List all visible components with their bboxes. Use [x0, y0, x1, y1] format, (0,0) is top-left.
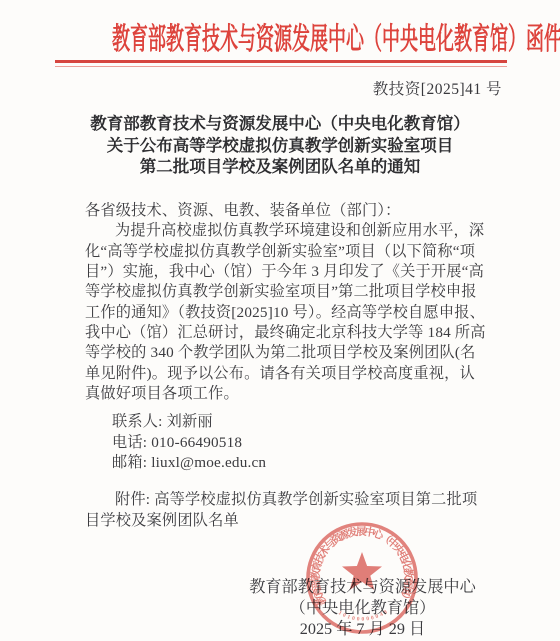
notice-title-line-2: 关于公布高等学校虚拟仿真教学创新实验室项目 [0, 135, 560, 157]
contact-block: 联系人: 刘新丽 电话: 010-66490518 邮箱: liuxl@moe.… [85, 412, 513, 473]
paragraph-line: 化“高等学校虚拟仿真教学创新实验室”项目（以下简称“项 [85, 242, 513, 262]
document-number: 教技资[2025]41 号 [373, 77, 502, 99]
attachment-line-1: 附件: 高等学校虚拟仿真教学创新实验室项目第二批项 [85, 490, 513, 510]
attachment-note: 附件: 高等学校虚拟仿真教学创新实验室项目第二批项 目学校及案例团队名单 [85, 490, 513, 531]
paragraph-line: 单见附件)。现予以公布。请各有关项目学校高度重视，认 [85, 364, 513, 384]
salutation: 各省级技术、资源、电教、装备单位（部门）： [85, 201, 513, 221]
notice-title: 教育部教育技术与资源发展中心（中央电化教育馆） 关于公布高等学校虚拟仿真教学创新… [0, 113, 560, 178]
notice-title-line-1: 教育部教育技术与资源发展中心（中央电化教育馆） [0, 113, 560, 135]
contact-email: 邮箱: liuxl@moe.edu.cn [112, 453, 513, 473]
letterhead-title: 教育部教育技术与资源发展中心（中央电化教育馆）函件 [112, 14, 448, 58]
divider-line-bottom [55, 66, 507, 68]
signature-org-line-1: 教育部教育技术与资源发展中心 [235, 577, 490, 598]
paragraph-line: 真做好项目各项工作。 [85, 384, 513, 404]
document-page: 教育部教育技术与资源发展中心（中央电化教育馆）函件 教技资[2025]41 号 … [0, 0, 560, 641]
contact-person: 联系人: 刘新丽 [112, 412, 513, 432]
paragraph-line: 等学校虚拟仿真教学创新实验室项目”第二批项目学校申报 [85, 282, 513, 302]
signature-block: 教育部教育技术与资源发展中心 （中央电化教育馆） 2025 年 7 月 29 日 [235, 577, 490, 639]
attachment-line-2: 目学校及案例团队名单 [85, 511, 513, 531]
contact-phone: 电话: 010-66490518 [112, 433, 513, 453]
paragraph-line: 我中心（馆）汇总研讨，最终确定北京科技大学等 184 所高 [85, 323, 513, 343]
signature-org-line-2: （中央电化教育馆） [235, 598, 490, 619]
paragraph-line: 等学校的 340 个教学团队为第二批项目学校及案例团队(名 [85, 343, 513, 363]
paragraph-line: 工作的通知》（教技资[2025]10 号）。经高等学校自愿申报、 [85, 303, 513, 323]
notice-title-line-3: 第二批项目学校及案例团队名单的通知 [0, 156, 560, 178]
letter-body: 各省级技术、资源、电教、装备单位（部门）： 为提升高校虚拟仿真教学环境建设和创新… [85, 201, 513, 531]
paragraph-line: 为提升高校虚拟仿真教学环境建设和创新应用水平，深 [85, 221, 513, 241]
paragraph-line: 目”）实施，我中心（馆）于今年 3 月印发了《关于开展“高 [85, 262, 513, 282]
signature-date: 2025 年 7 月 29 日 [235, 619, 490, 640]
letterhead-divider [55, 60, 507, 67]
